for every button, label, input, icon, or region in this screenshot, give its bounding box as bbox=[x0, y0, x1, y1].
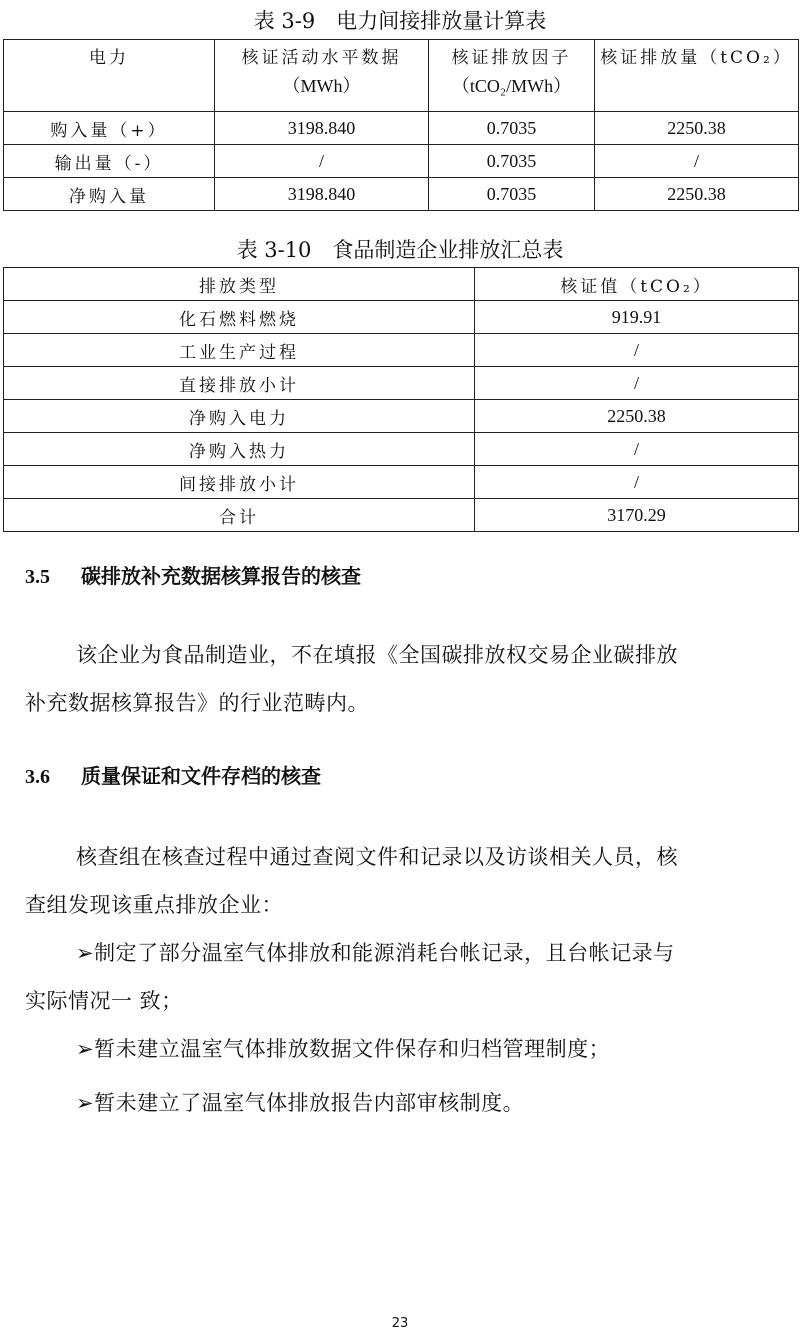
header-cell: 电力 bbox=[4, 40, 215, 112]
table-header-row: 排放类型 核证值（tCO₂） bbox=[4, 268, 799, 301]
header-cell: 核证活动水平数据（MWh） bbox=[215, 40, 429, 112]
table-cell: 输出量（-） bbox=[4, 145, 215, 178]
header-unit: （MWh） bbox=[215, 72, 428, 100]
table-electricity-indirect-emissions: 电力 核证活动水平数据（MWh） 核证排放因子（tCO₂/MWh） 核证排放量（… bbox=[3, 39, 799, 211]
table-cell: 0.7035 bbox=[429, 145, 595, 178]
bullet-line: 实际情况一 致； bbox=[25, 977, 777, 1025]
page-number: 23 bbox=[0, 1316, 800, 1331]
header-label: 核证排放量（tCO₂） bbox=[595, 44, 798, 72]
table-header-row: 电力 核证活动水平数据（MWh） 核证排放因子（tCO₂/MWh） 核证排放量（… bbox=[4, 40, 799, 112]
section-3-6-paragraph: 核查组在核查过程中通过查阅文件和记录以及访谈相关人员，核 查组发现该重点排放企业… bbox=[25, 833, 777, 929]
header-cell: 核证排放量（tCO₂） bbox=[595, 40, 799, 112]
section-number: 3.6 bbox=[25, 763, 81, 791]
table-cell: 间接排放小计 bbox=[4, 466, 475, 499]
table-row: 间接排放小计 / bbox=[4, 466, 799, 499]
paragraph-line: 补充数据核算报告》的行业范畴内。 bbox=[25, 679, 777, 727]
table-cell: 直接排放小计 bbox=[4, 367, 475, 400]
table-cell: 2250.38 bbox=[595, 112, 799, 145]
header-label: 核证排放因子 bbox=[429, 44, 594, 72]
section-3-6-heading: 3.6质量保证和文件存档的核查 bbox=[25, 762, 321, 791]
table-cell: 0.7035 bbox=[429, 112, 595, 145]
table-cell: 合计 bbox=[4, 499, 475, 532]
table-row: 直接排放小计 / bbox=[4, 367, 799, 400]
paragraph-line: 该企业为食品制造业，不在填报《全国碳排放权交易企业碳排放 bbox=[25, 631, 777, 679]
table-cell: 919.91 bbox=[475, 301, 799, 334]
section-3-5-heading: 3.5碳排放补充数据核算报告的核查 bbox=[25, 562, 361, 591]
paragraph-line: 查组发现该重点排放企业： bbox=[25, 881, 777, 929]
table-cell: / bbox=[475, 334, 799, 367]
table-row: 化石燃料燃烧 919.91 bbox=[4, 301, 799, 334]
table-row: 净购入量 3198.840 0.7035 2250.38 bbox=[4, 178, 799, 211]
table-3-10-caption: 表 3-10 食品制造企业排放汇总表 bbox=[0, 237, 800, 263]
table-cell: / bbox=[475, 433, 799, 466]
table-emission-summary: 排放类型 核证值（tCO₂） 化石燃料燃烧 919.91 工业生产过程 / 直接… bbox=[3, 267, 799, 532]
table-cell: 2250.38 bbox=[475, 400, 799, 433]
table-cell: 3170.29 bbox=[475, 499, 799, 532]
table-cell: / bbox=[215, 145, 429, 178]
table-cell: / bbox=[475, 367, 799, 400]
table-cell: / bbox=[475, 466, 799, 499]
table-row: 净购入电力 2250.38 bbox=[4, 400, 799, 433]
section-number: 3.5 bbox=[25, 563, 81, 591]
header-unit: （tCO₂/MWh） bbox=[429, 72, 594, 100]
table-cell: 化石燃料燃烧 bbox=[4, 301, 475, 334]
table-cell: 3198.840 bbox=[215, 178, 429, 211]
bullet-line: ➢制定了部分温室气体排放和能源消耗台帐记录，且台帐记录与 bbox=[25, 929, 777, 977]
section-3-5-paragraph: 该企业为食品制造业，不在填报《全国碳排放权交易企业碳排放 补充数据核算报告》的行… bbox=[25, 631, 777, 727]
bullet-item: ➢暂未建立了温室气体排放报告内部审核制度。 bbox=[25, 1079, 777, 1127]
table-cell: 净购入电力 bbox=[4, 400, 475, 433]
paragraph-line: 核查组在核查过程中通过查阅文件和记录以及访谈相关人员，核 bbox=[25, 833, 777, 881]
table-row: 净购入热力 / bbox=[4, 433, 799, 466]
header-cell: 核证值（tCO₂） bbox=[475, 268, 799, 301]
bullet-item: ➢制定了部分温室气体排放和能源消耗台帐记录，且台帐记录与 实际情况一 致； bbox=[25, 929, 777, 1025]
table-cell: 净购入量 bbox=[4, 178, 215, 211]
section-title: 碳排放补充数据核算报告的核查 bbox=[81, 564, 361, 588]
table-row: 输出量（-） / 0.7035 / bbox=[4, 145, 799, 178]
table-3-9-caption: 表 3-9 电力间接排放量计算表 bbox=[0, 8, 800, 34]
table-cell: 净购入热力 bbox=[4, 433, 475, 466]
header-cell: 排放类型 bbox=[4, 268, 475, 301]
table-row: 合计 3170.29 bbox=[4, 499, 799, 532]
header-label: 电力 bbox=[4, 44, 214, 72]
table-cell: 3198.840 bbox=[215, 112, 429, 145]
table-cell: 0.7035 bbox=[429, 178, 595, 211]
header-cell: 核证排放因子（tCO₂/MWh） bbox=[429, 40, 595, 112]
bullet-line: ➢暂未建立温室气体排放数据文件保存和归档管理制度； bbox=[25, 1025, 777, 1073]
bullet-item: ➢暂未建立温室气体排放数据文件保存和归档管理制度； bbox=[25, 1025, 777, 1073]
section-title: 质量保证和文件存档的核查 bbox=[81, 764, 321, 788]
bullet-line: ➢暂未建立了温室气体排放报告内部审核制度。 bbox=[25, 1079, 777, 1127]
header-label: 核证活动水平数据 bbox=[215, 44, 428, 72]
table-row: 工业生产过程 / bbox=[4, 334, 799, 367]
table-cell: 2250.38 bbox=[595, 178, 799, 211]
table-cell: 工业生产过程 bbox=[4, 334, 475, 367]
table-row: 购入量（+） 3198.840 0.7035 2250.38 bbox=[4, 112, 799, 145]
table-cell: / bbox=[595, 145, 799, 178]
table-cell: 购入量（+） bbox=[4, 112, 215, 145]
